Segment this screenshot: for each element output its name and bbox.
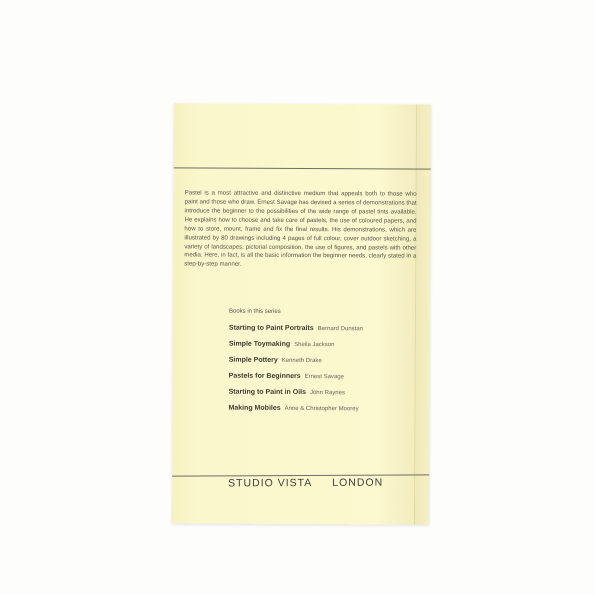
series-item: Starting to Paint Portraits Bernard Duns… xyxy=(229,325,419,333)
blurb-text: Pastel is a most attractive and distinct… xyxy=(184,189,416,270)
series-item: Pastels for Beginners Ernest Savage xyxy=(229,373,419,381)
series-item: Simple Toymaking Sheila Jackson xyxy=(229,341,419,349)
publisher-city: LONDON xyxy=(332,477,383,489)
series-item: Simple Pottery Kenneth Drake xyxy=(229,357,419,365)
top-rule xyxy=(174,167,431,169)
book-back-cover: Pastel is a most attractive and distinct… xyxy=(172,103,431,524)
series-heading: Books in this series xyxy=(229,309,419,316)
series-item: Starting to Paint in Oils John Raynes xyxy=(229,389,419,397)
series-item: Making Mobiles Anne & Christopher Moorey xyxy=(228,405,418,413)
publisher-name: STUDIO VISTA xyxy=(228,477,312,489)
series-list: Books in this series Starting to Paint P… xyxy=(228,309,419,422)
publisher-imprint: STUDIO VISTALONDON xyxy=(228,477,383,490)
